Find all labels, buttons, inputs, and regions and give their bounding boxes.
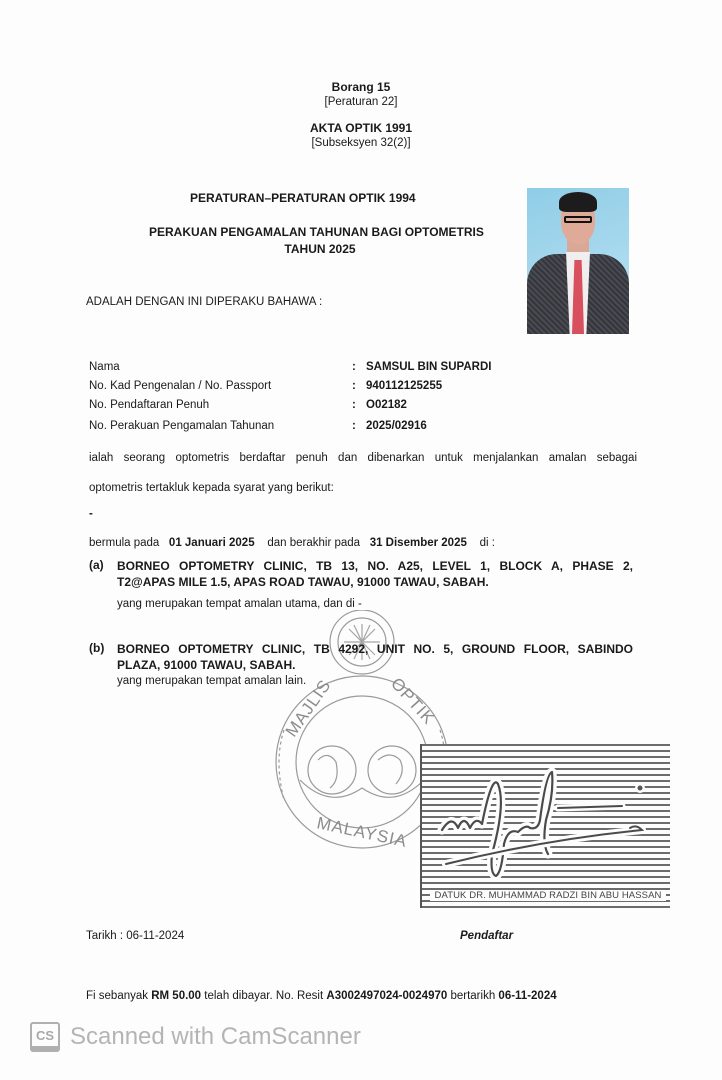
signature-icon: [422, 744, 670, 908]
conditions: -: [89, 508, 637, 520]
receipt-number: A3002497024-0024970: [326, 990, 447, 1002]
field-label: No. Perakuan Pengamalan Tahunan: [89, 420, 274, 432]
address-b: BORNEO OPTOMETRY CLINIC, TB 4292, UNIT N…: [117, 641, 633, 673]
certificate-year: TAHUN 2025: [149, 242, 491, 256]
fee-prefix: Fi sebanyak: [86, 990, 148, 1002]
watermark-text: Scanned with CamScanner: [70, 1023, 361, 1051]
field-label: No. Pendaftaran Penuh: [89, 399, 209, 411]
address-line: PLAZA, 91000 TAWAU, SABAH.: [117, 657, 633, 673]
signature-stamp: [420, 744, 670, 908]
passport-photo: [527, 188, 629, 334]
field-value: SAMSUL BIN SUPARDI: [366, 361, 491, 373]
address-line: BORNEO OPTOMETRY CLINIC, TB 13, NO. A25,…: [117, 558, 633, 574]
receipt-date: 06-11-2024: [498, 990, 556, 1002]
fee-statement: Fi sebanyak RM 50.00 telah dibayar. No. …: [86, 990, 557, 1002]
period-suffix: di :: [480, 537, 495, 549]
start-prefix: bermula pada: [89, 537, 159, 549]
address-a: BORNEO OPTOMETRY CLINIC, TB 13, NO. A25,…: [117, 558, 633, 590]
registrar-title: Pendaftar: [460, 930, 513, 942]
field-label: No. Kad Pengenalan / No. Passport: [89, 380, 271, 392]
field-value: 2025/02916: [366, 420, 427, 432]
field-colon: :: [352, 420, 356, 432]
address-b-note: yang merupakan tempat amalan lain.: [117, 675, 306, 687]
camscanner-watermark: CS Scanned with CamScanner: [30, 1022, 361, 1052]
fee-mid: telah dibayar. No. Resit: [204, 990, 323, 1002]
photo-hair: [559, 192, 597, 212]
end-date: 31 Disember 2025: [370, 537, 467, 549]
subsection-reference: [Subseksyen 32(2)]: [0, 137, 722, 149]
field-value: O02182: [366, 399, 407, 411]
intro-text: ADALAH DENGAN INI DIPERAKU BAHAWA :: [86, 296, 322, 308]
field-colon: :: [352, 361, 356, 373]
address-b-label: (b): [89, 641, 104, 655]
field-value: 940112125255: [366, 380, 442, 392]
certificate-title: PERAKUAN PENGAMALAN TAHUNAN BAGI OPTOMET…: [149, 225, 484, 239]
fee-amount: RM 50.00: [151, 990, 201, 1002]
act-title: AKTA OPTIK 1991: [0, 121, 722, 135]
photo-glasses: [564, 216, 592, 223]
start-date: 01 Januari 2025: [169, 537, 255, 549]
form-number: Borang 15: [0, 80, 722, 94]
issue-date: Tarikh : 06-11-2024: [86, 930, 184, 942]
address-line: T2@APAS MILE 1.5, APAS ROAD TAWAU, 91000…: [117, 574, 633, 590]
receipt-date-prefix: bertarikh: [450, 990, 495, 1002]
regulations-title: PERATURAN–PERATURAN OPTIK 1994: [190, 191, 416, 205]
validity-period: bermula pada 01 Januari 2025 dan berakhi…: [89, 537, 637, 549]
field-colon: :: [352, 399, 356, 411]
statement-line-2: optometris tertakluk kepada syarat yang …: [89, 482, 637, 494]
camscanner-logo-icon: CS: [30, 1022, 60, 1052]
regulation-reference: [Peraturan 22]: [0, 96, 722, 108]
address-a-note: yang merupakan tempat amalan utama, dan …: [117, 598, 362, 610]
signatory-name: DATUK DR. MUHAMMAD RADZI BIN ABU HASSAN: [430, 890, 666, 901]
address-line: BORNEO OPTOMETRY CLINIC, TB 4292, UNIT N…: [117, 641, 633, 657]
end-prefix: dan berakhir pada: [267, 537, 360, 549]
field-colon: :: [352, 380, 356, 392]
field-label: Nama: [89, 361, 120, 373]
address-a-label: (a): [89, 558, 104, 572]
statement-line-1: ialah seorang optometris berdaftar penuh…: [89, 452, 637, 464]
